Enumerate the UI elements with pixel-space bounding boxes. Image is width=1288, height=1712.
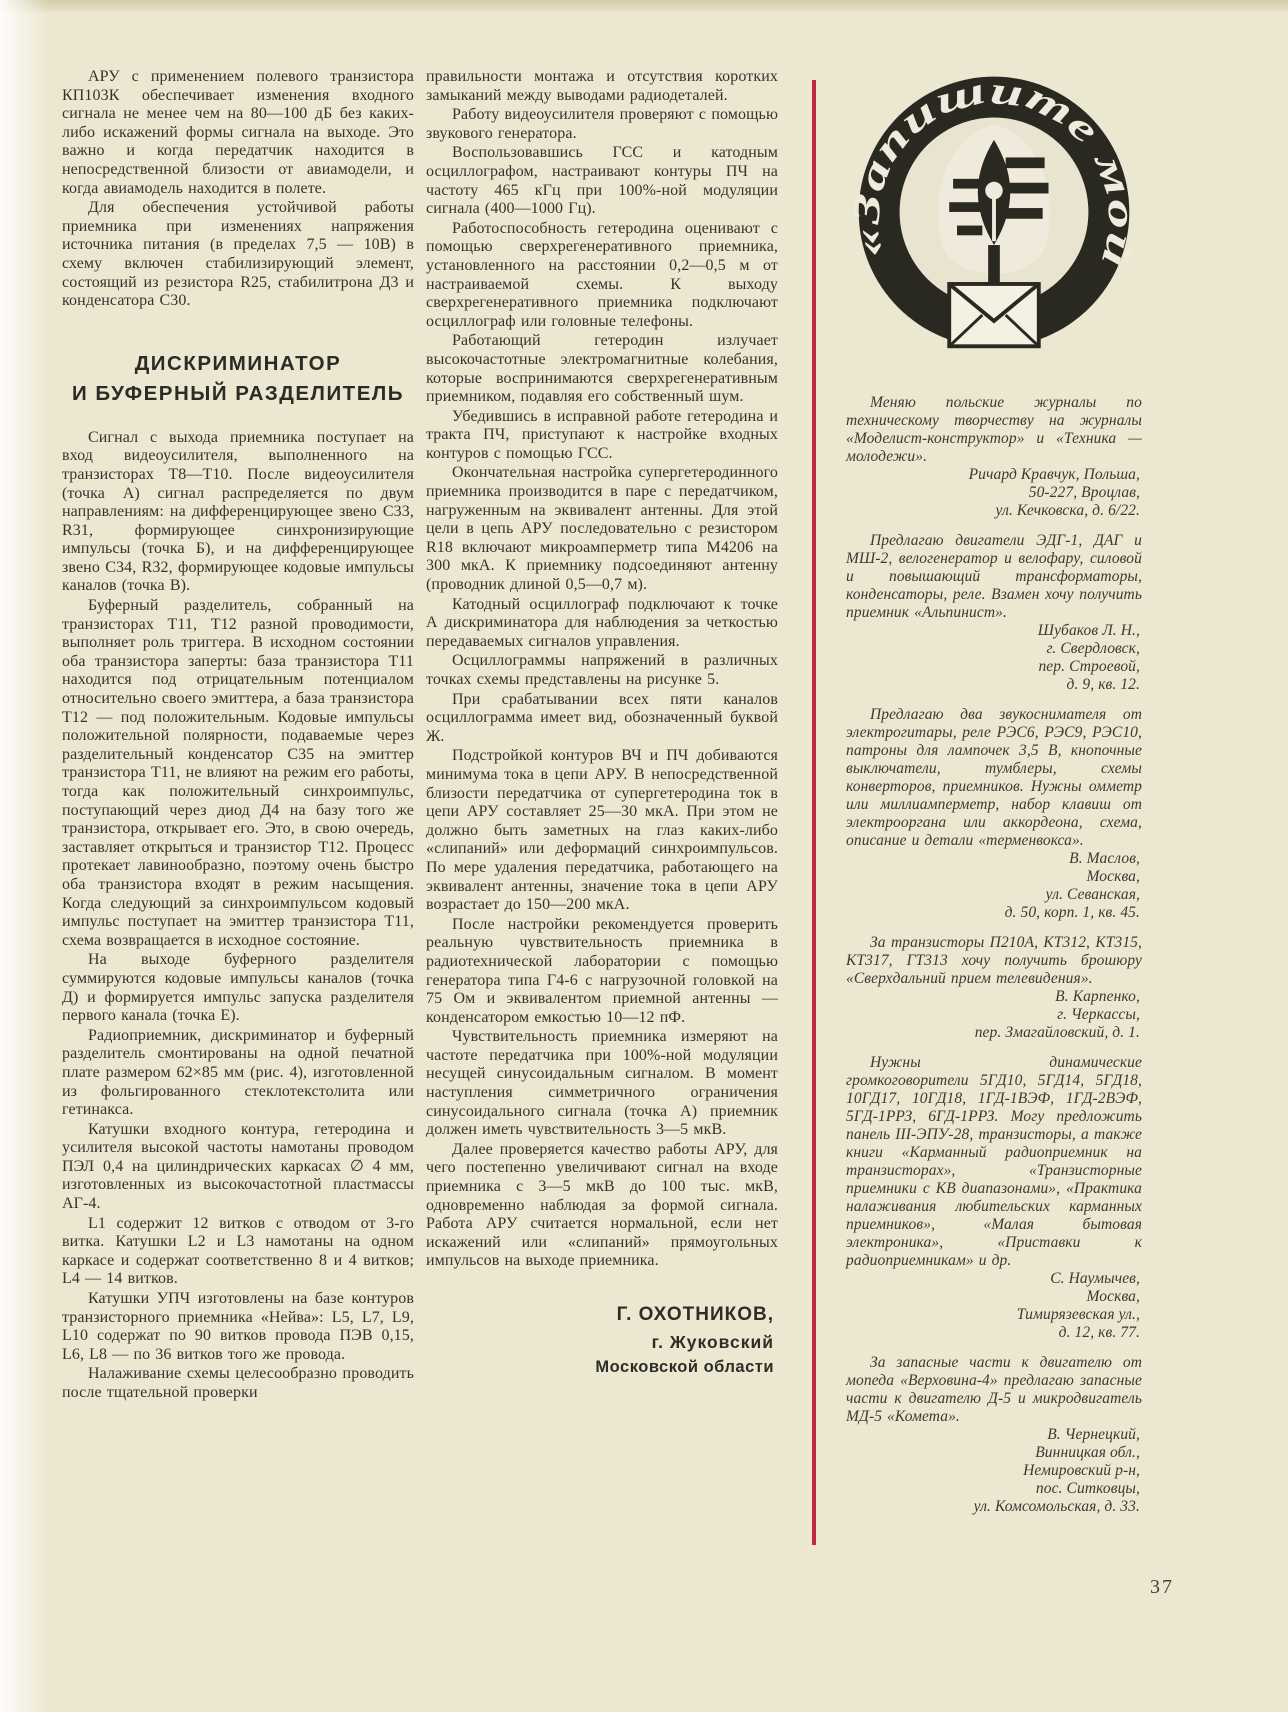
ad-address-line: д. 50, корп. 1, кв. 45.: [846, 904, 1140, 922]
ad-text: Нужны динамические громкоговорители 5ГД1…: [846, 1054, 1142, 1270]
body-paragraph: При срабатывании всех пяти каналов осцил…: [426, 691, 778, 747]
ad-address-line: В. Карпенко,: [846, 988, 1140, 1006]
ad-address-line: пер. Строевой,: [846, 658, 1140, 676]
classified-ad: Предлагаю два звукоснимателя от электрог…: [846, 706, 1142, 922]
ad-address-line: пер. Змагайловский, д. 1.: [846, 1024, 1140, 1042]
body-paragraph: Налаживание схемы целесообразно проводит…: [62, 1365, 414, 1402]
author-town: г. Жуковский: [426, 1329, 774, 1355]
stamp-emblem-icon: «Запишите мой адрес»: [848, 60, 1140, 360]
ad-address-line: Немировский р-н,: [846, 1462, 1140, 1480]
classified-ad: Нужны динамические громкоговорители 5ГД1…: [846, 1054, 1142, 1342]
body-paragraph: Катушки входного контура, гетеродина и у…: [62, 1121, 414, 1214]
author-signature: Г. ОХОТНИКОВ, г. Жуковский Московской об…: [426, 1301, 778, 1380]
ad-address: В. Чернецкий, Винницкая обл., Немировски…: [846, 1426, 1142, 1516]
ad-address-line: Ричард Кравчук, Польша,: [846, 466, 1140, 484]
ad-address-line: г. Свердловск,: [846, 640, 1140, 658]
article-heading-line2: И БУФЕРНЫЙ РАЗДЕЛИТЕЛЬ: [62, 379, 414, 409]
classified-ads: Меняю польские журналы по техническому т…: [846, 394, 1142, 1516]
ad-address-line: В. Чернецкий,: [846, 1426, 1140, 1444]
classified-ad: За запасные части к двигателю от мопеда …: [846, 1354, 1142, 1516]
author-name: Г. ОХОТНИКОВ,: [426, 1301, 774, 1329]
body-paragraph: АРУ с применением полевого транзистора К…: [62, 68, 414, 198]
body-paragraph: Убедившись в исправной работе гетеродина…: [426, 408, 778, 464]
body-paragraph: Далее проверяется качество работы АРУ, д…: [426, 1141, 778, 1271]
classified-ad: Предлагаю двигатели ЭДГ-1, ДАГ и МШ-2, в…: [846, 532, 1142, 694]
ad-address: Шубаков Л. Н., г. Свердловск, пер. Строе…: [846, 622, 1142, 694]
article-heading-line1: ДИСКРИМИНАТОР: [62, 349, 414, 379]
ad-text: Предлагаю два звукоснимателя от электрог…: [846, 706, 1142, 850]
body-paragraph: Катушки УПЧ изготовлены на базе контуров…: [62, 1290, 414, 1364]
envelope-icon: [949, 284, 1039, 346]
ad-text: За запасные части к двигателю от мопеда …: [846, 1354, 1142, 1426]
ad-address-line: д. 12, кв. 77.: [846, 1324, 1140, 1342]
ad-address-line: ул. Комсомольская, д. 33.: [846, 1498, 1140, 1516]
ad-text: Предлагаю двигатели ЭДГ-1, ДАГ и МШ-2, в…: [846, 532, 1142, 622]
classified-ad: За транзисторы П210А, КТ312, КТ315, КТ31…: [846, 934, 1142, 1042]
ad-address-line: Тимирязевская ул.,: [846, 1306, 1140, 1324]
ad-address-line: Москва,: [846, 868, 1140, 886]
body-paragraph: Буферный разделитель, собранный на транз…: [62, 597, 414, 950]
ad-address-line: 50-227, Вроцлав,: [846, 484, 1140, 502]
ad-text: За транзисторы П210А, КТ312, КТ315, КТ31…: [846, 934, 1142, 988]
body-paragraph: После настройки рекомендуется проверить …: [426, 916, 778, 1028]
body-paragraph: Работу видеоусилителя проверяют с помощь…: [426, 106, 778, 143]
ad-address-line: пос. Ситковцы,: [846, 1480, 1140, 1498]
body-paragraph: Для обеспечения устойчивой работы приемн…: [62, 199, 414, 311]
ad-address-line: С. Наумычев,: [846, 1270, 1140, 1288]
magazine-page: АРУ с применением полевого транзистора К…: [0, 0, 1288, 1712]
zapishite-moy-adres-stamp: «Запишите мой адрес»: [848, 60, 1140, 360]
body-paragraph: На выходе буферного разделителя суммирую…: [62, 951, 414, 1025]
right-column: «Запишите мой адрес» Меняю польские журн…: [846, 60, 1142, 1528]
body-paragraph: Окончательная настройка супергетеродинно…: [426, 464, 778, 594]
ad-address: В. Маслов, Москва, ул. Севанская, д. 50,…: [846, 850, 1142, 922]
author-region: Московской области: [426, 1355, 774, 1380]
ad-address-line: д. 9, кв. 12.: [846, 676, 1140, 694]
left-column: АРУ с применением полевого транзистора К…: [62, 68, 414, 1404]
body-paragraph: Подстройкой контуров ВЧ и ПЧ добиваются …: [426, 747, 778, 914]
ad-text: Меняю польские журналы по техническому т…: [846, 394, 1142, 466]
body-paragraph: правильности монтажа и отсутствия коротк…: [426, 68, 778, 105]
ad-address-line: Москва,: [846, 1288, 1140, 1306]
ad-address-line: В. Маслов,: [846, 850, 1140, 868]
body-paragraph: L1 содержит 12 витков с отводом от 3-го …: [62, 1215, 414, 1289]
body-paragraph: Работоспособность гетеродина оценивают с…: [426, 220, 778, 332]
page-number: 37: [1150, 1576, 1174, 1599]
ad-address: Ричард Кравчук, Польша, 50-227, Вроцлав,…: [846, 466, 1142, 520]
ad-address-line: г. Черкассы,: [846, 1006, 1140, 1024]
body-paragraph: Воспользовавшись ГСС и катодным осциллог…: [426, 144, 778, 218]
article-heading: ДИСКРИМИНАТОР И БУФЕРНЫЙ РАЗДЕЛИТЕЛЬ: [62, 349, 414, 409]
ad-address-line: ул. Севанская,: [846, 886, 1140, 904]
body-paragraph: Осциллограммы напряжений в различных точ…: [426, 652, 778, 689]
ad-address-line: ул. Кечковска, д. 6/22.: [846, 502, 1140, 520]
body-paragraph: Катодный осциллограф подключают к точке …: [426, 596, 778, 652]
ad-address: С. Наумычев, Москва, Тимирязевская ул., …: [846, 1270, 1142, 1342]
body-paragraph: Работающий гетеродин излучает высокочаст…: [426, 332, 778, 406]
middle-column: правильности монтажа и отсутствия коротк…: [426, 68, 778, 1380]
ad-address-line: Винницкая обл.,: [846, 1444, 1140, 1462]
ad-address-line: Шубаков Л. Н.,: [846, 622, 1140, 640]
body-paragraph: Чувствительность приемника измеряют на ч…: [426, 1028, 778, 1140]
ad-address: В. Карпенко, г. Черкассы, пер. Змагайлов…: [846, 988, 1142, 1042]
column-divider-rule: [812, 80, 816, 1545]
body-paragraph: Радиоприемник, дискриминатор и буферный …: [62, 1027, 414, 1120]
classified-ad: Меняю польские журналы по техническому т…: [846, 394, 1142, 520]
body-paragraph: Сигнал с выхода приемника поступает на в…: [62, 429, 414, 596]
